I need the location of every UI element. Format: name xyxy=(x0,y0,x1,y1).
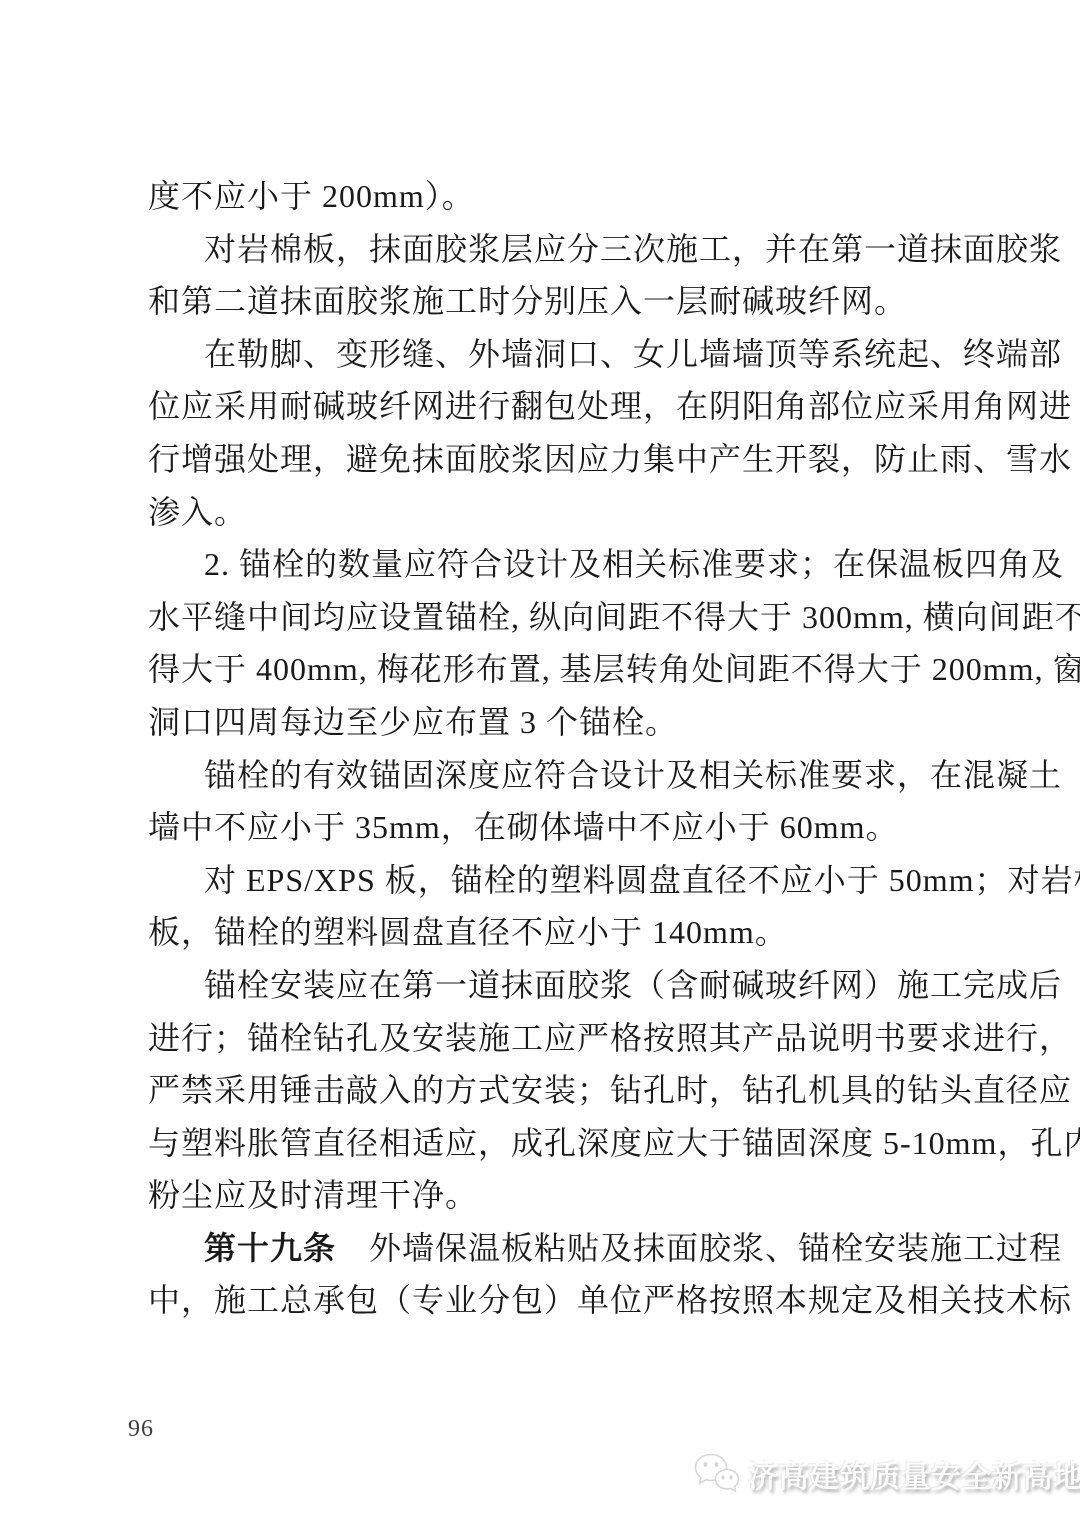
text-run: 外墙保温板粘贴及抹面胶浆、锚栓安装施工过程 xyxy=(336,1230,1062,1266)
text-line: 锚栓的有效锚固深度应符合设计及相关标准要求，在混凝土 xyxy=(148,749,946,802)
text-line: 洞口四周每边至少应布置 3 个锚栓。 xyxy=(148,696,946,749)
text-line: 渗入。 xyxy=(148,486,946,539)
text-line: 对岩棉板，抹面胶浆层应分三次施工，并在第一道抹面胶浆 xyxy=(148,223,946,276)
text-line: 粉尘应及时清理干净。 xyxy=(148,1169,946,1222)
text-run: 和第二道抹面胶浆施工时分别压入一层耐碱玻纤网。 xyxy=(148,283,907,319)
watermark-text: 济高建筑质量安全新高地 xyxy=(748,1452,1080,1496)
text-run: 行增强处理，避免抹面胶浆因应力集中产生开裂，防止雨、雪水 xyxy=(148,441,1072,477)
text-line: 在勒脚、变形缝、外墙洞口、女儿墙墙顶等系统起、终端部 xyxy=(148,328,946,381)
wechat-icon xyxy=(694,1452,740,1496)
text-run: 2. 锚栓的数量应符合设计及相关标准要求；在保温板四角及 xyxy=(204,546,1064,582)
text-run: 墙中不应小于 35mm，在砌体墙中不应小于 60mm。 xyxy=(148,809,899,845)
text-line: 进行；锚栓钻孔及安装施工应严格按照其产品说明书要求进行， xyxy=(148,1012,946,1065)
text-run: 水平缝中间均应设置锚栓, 纵向间距不得大于 300mm, 横向间距不 xyxy=(148,599,1080,635)
paragraph: 对 EPS/XPS 板，锚栓的塑料圆盘直径不应小于 50mm；对岩棉板，锚栓的塑… xyxy=(148,854,946,959)
article-number: 第十九条 xyxy=(204,1230,336,1266)
paragraph: 锚栓安装应在第一道抹面胶浆（含耐碱玻纤网）施工完成后进行；锚栓钻孔及安装施工应严… xyxy=(148,959,946,1222)
paragraph: 锚栓的有效锚固深度应符合设计及相关标准要求，在混凝土墙中不应小于 35mm，在砌… xyxy=(148,749,946,854)
page-number: 96 xyxy=(128,1416,154,1443)
text-run: 度不应小于 200mm）。 xyxy=(148,178,475,214)
document-page: 度不应小于 200mm）。对岩棉板，抹面胶浆层应分三次施工，并在第一道抹面胶浆和… xyxy=(0,0,1080,1527)
text-line: 与塑料胀管直径相适应，成孔深度应大于锚固深度 5-10mm，孔内 xyxy=(148,1117,946,1170)
paragraph: 对岩棉板，抹面胶浆层应分三次施工，并在第一道抹面胶浆和第二道抹面胶浆施工时分别压… xyxy=(148,223,946,328)
watermark: 济高建筑质量安全新高地 xyxy=(694,1452,1080,1496)
paragraph: 2. 锚栓的数量应符合设计及相关标准要求；在保温板四角及水平缝中间均应设置锚栓,… xyxy=(148,538,946,748)
text-run: 粉尘应及时清理干净。 xyxy=(148,1177,478,1213)
document-body: 度不应小于 200mm）。对岩棉板，抹面胶浆层应分三次施工，并在第一道抹面胶浆和… xyxy=(148,170,946,1327)
text-run: 中，施工总承包（专业分包）单位严格按照本规定及相关技术标 xyxy=(148,1282,1072,1318)
text-line: 严禁采用锤击敲入的方式安装；钻孔时，钻孔机具的钻头直径应 xyxy=(148,1064,946,1117)
text-line: 中，施工总承包（专业分包）单位严格按照本规定及相关技术标 xyxy=(148,1274,946,1327)
text-run: 与塑料胀管直径相适应，成孔深度应大于锚固深度 5-10mm，孔内 xyxy=(148,1125,1080,1161)
text-line: 和第二道抹面胶浆施工时分别压入一层耐碱玻纤网。 xyxy=(148,275,946,328)
text-run: 对 EPS/XPS 板，锚栓的塑料圆盘直径不应小于 50mm；对岩棉 xyxy=(204,862,1080,898)
text-run: 进行；锚栓钻孔及安装施工应严格按照其产品说明书要求进行， xyxy=(148,1020,1072,1056)
text-line: 行增强处理，避免抹面胶浆因应力集中产生开裂，防止雨、雪水 xyxy=(148,433,946,486)
text-line: 得大于 400mm, 梅花形布置, 基层转角处间距不得大于 200mm, 窗 xyxy=(148,643,946,696)
paragraph: 在勒脚、变形缝、外墙洞口、女儿墙墙顶等系统起、终端部位应采用耐碱玻纤网进行翻包处… xyxy=(148,328,946,538)
text-line: 水平缝中间均应设置锚栓, 纵向间距不得大于 300mm, 横向间距不 xyxy=(148,591,946,644)
text-line: 锚栓安装应在第一道抹面胶浆（含耐碱玻纤网）施工完成后 xyxy=(148,959,946,1012)
text-run: 对岩棉板，抹面胶浆层应分三次施工，并在第一道抹面胶浆 xyxy=(204,231,1062,267)
text-run: 洞口四周每边至少应布置 3 个锚栓。 xyxy=(148,704,678,740)
text-line: 板，锚栓的塑料圆盘直径不应小于 140mm。 xyxy=(148,906,946,959)
text-line: 2. 锚栓的数量应符合设计及相关标准要求；在保温板四角及 xyxy=(148,538,946,591)
text-line: 对 EPS/XPS 板，锚栓的塑料圆盘直径不应小于 50mm；对岩棉 xyxy=(148,854,946,907)
text-run: 位应采用耐碱玻纤网进行翻包处理，在阴阳角部位应采用角网进 xyxy=(148,388,1072,424)
text-run: 锚栓安装应在第一道抹面胶浆（含耐碱玻纤网）施工完成后 xyxy=(204,967,1062,1003)
text-line: 度不应小于 200mm）。 xyxy=(148,170,946,223)
text-line: 第十九条 外墙保温板粘贴及抹面胶浆、锚栓安装施工过程 xyxy=(148,1222,946,1275)
text-run: 渗入。 xyxy=(148,494,247,530)
text-line: 位应采用耐碱玻纤网进行翻包处理，在阴阳角部位应采用角网进 xyxy=(148,380,946,433)
paragraph: 度不应小于 200mm）。 xyxy=(148,170,946,223)
text-run: 得大于 400mm, 梅花形布置, 基层转角处间距不得大于 200mm, 窗 xyxy=(148,651,1080,687)
text-run: 严禁采用锤击敲入的方式安装；钻孔时，钻孔机具的钻头直径应 xyxy=(148,1072,1072,1108)
text-line: 墙中不应小于 35mm，在砌体墙中不应小于 60mm。 xyxy=(148,801,946,854)
text-run: 板，锚栓的塑料圆盘直径不应小于 140mm。 xyxy=(148,914,788,950)
text-run: 锚栓的有效锚固深度应符合设计及相关标准要求，在混凝土 xyxy=(204,757,1062,793)
text-run: 在勒脚、变形缝、外墙洞口、女儿墙墙顶等系统起、终端部 xyxy=(204,336,1062,372)
paragraph: 第十九条 外墙保温板粘贴及抹面胶浆、锚栓安装施工过程中，施工总承包（专业分包）单… xyxy=(148,1222,946,1327)
